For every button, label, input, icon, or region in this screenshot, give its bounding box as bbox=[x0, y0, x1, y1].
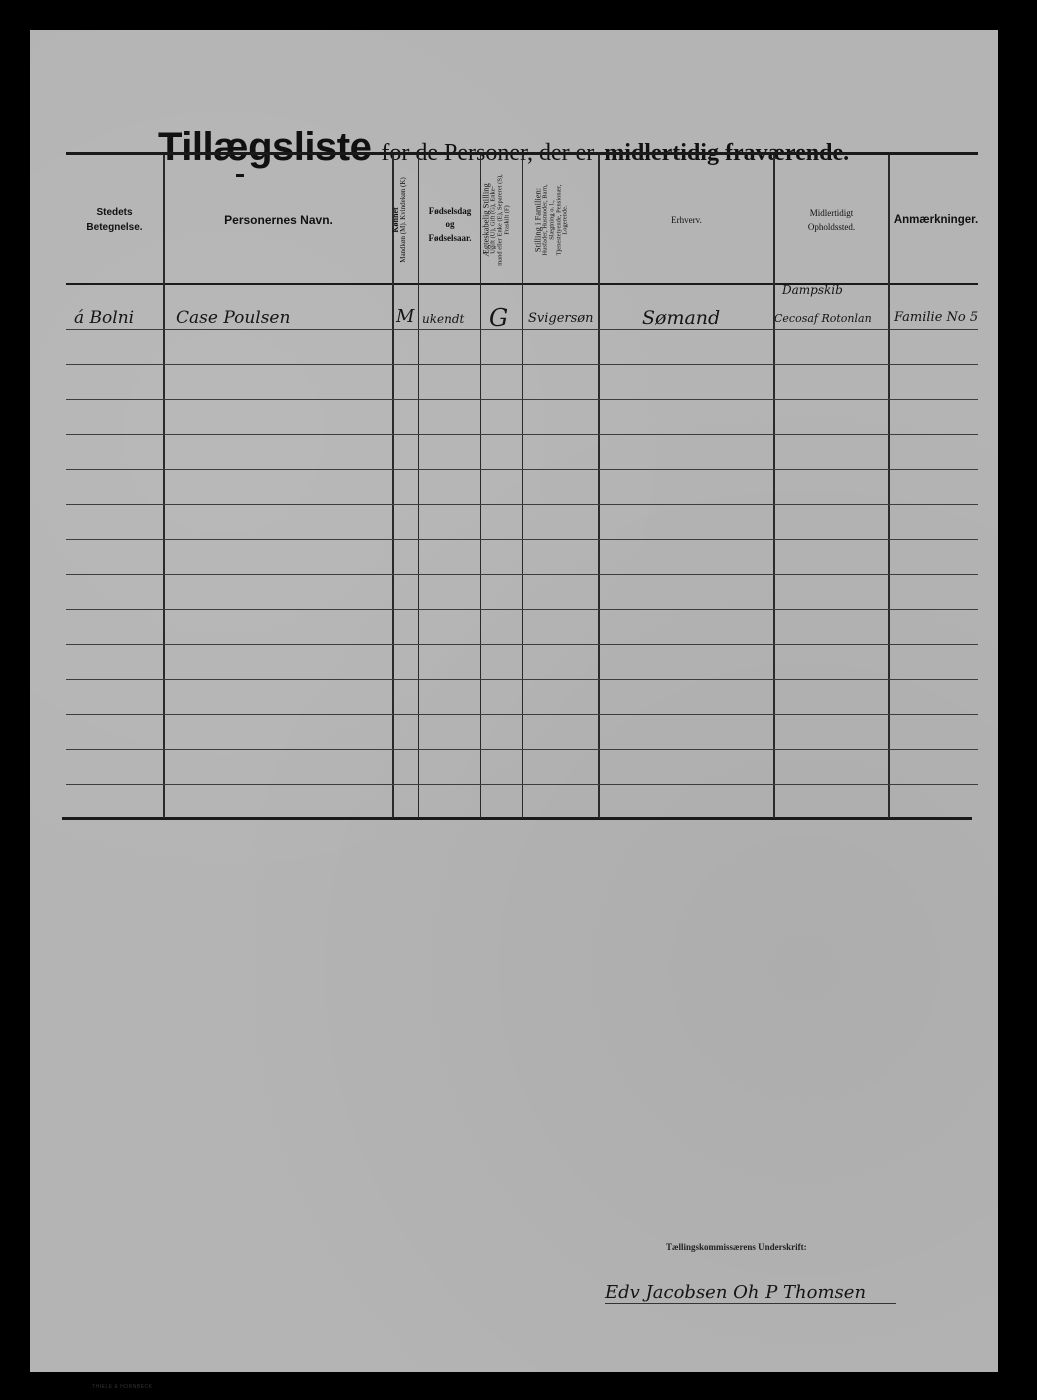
signature: Edv Jacobsen Oh P Thomsen bbox=[605, 1282, 896, 1304]
header-sex: Kønnet Mandkøn (M). Kvindekøn (K) bbox=[392, 165, 418, 275]
col-divider-7 bbox=[773, 155, 775, 818]
row-line bbox=[66, 364, 978, 365]
row-line bbox=[66, 504, 978, 505]
cell-marital: G bbox=[489, 304, 508, 332]
header-marital: Ægteskabelig Stilling Ugift (U), Gift (G… bbox=[482, 163, 522, 278]
header-temp-residence: Midlertidigt Opholdssted. bbox=[775, 198, 888, 242]
row-line bbox=[66, 399, 978, 400]
cell-name: Case Poulsen bbox=[176, 308, 290, 328]
census-form-page: Tillægsliste for de Personer, der er mid… bbox=[30, 30, 998, 1372]
title-main: Tillægsliste bbox=[158, 125, 371, 169]
col-divider-8 bbox=[888, 155, 890, 818]
row-line bbox=[66, 539, 978, 540]
table-bottom-rule bbox=[62, 817, 972, 820]
col-divider-5 bbox=[522, 155, 523, 818]
cell-temp-residence-1: Dampskib bbox=[782, 283, 843, 297]
row-line bbox=[66, 679, 978, 680]
row-line bbox=[66, 749, 978, 750]
row-line bbox=[66, 329, 978, 330]
cell-remarks: Familie No 5 bbox=[894, 310, 978, 325]
cell-temp-residence-2: Cecosaf Rotonlan bbox=[774, 312, 872, 325]
row-line bbox=[66, 434, 978, 435]
header-birth: Fødselsdag og Fødselsaar. bbox=[420, 195, 480, 255]
col-divider-6 bbox=[598, 155, 600, 818]
row-line bbox=[66, 644, 978, 645]
row-line bbox=[66, 714, 978, 715]
row-line bbox=[66, 574, 978, 575]
header-remarks: Anmærkninger. bbox=[890, 205, 982, 235]
header-name: Personernes Navn. bbox=[165, 200, 392, 240]
row-line bbox=[66, 469, 978, 470]
signature-label: Tællingskommissærens Underskrift: bbox=[666, 1242, 807, 1252]
cell-place: á Bolni bbox=[74, 308, 134, 328]
row-line bbox=[66, 609, 978, 610]
col-divider-3 bbox=[418, 155, 419, 818]
col-divider-1 bbox=[163, 155, 165, 818]
header-place: Stedets Betegnelse. bbox=[66, 190, 163, 250]
row-line bbox=[66, 784, 978, 785]
cell-birth: ukendt bbox=[422, 312, 464, 326]
cell-sex: M bbox=[396, 306, 414, 327]
header-family-position: Stilling i Familien: Husfader, Husmoder,… bbox=[534, 163, 588, 278]
header-occupation: Erhverv. bbox=[600, 205, 773, 235]
printer-mark: THIELE & HORNBECK bbox=[92, 1384, 152, 1390]
cell-occupation: Sømand bbox=[642, 307, 720, 329]
header-dash-mark bbox=[236, 174, 244, 177]
cell-family-position: Svigersøn bbox=[528, 311, 594, 326]
